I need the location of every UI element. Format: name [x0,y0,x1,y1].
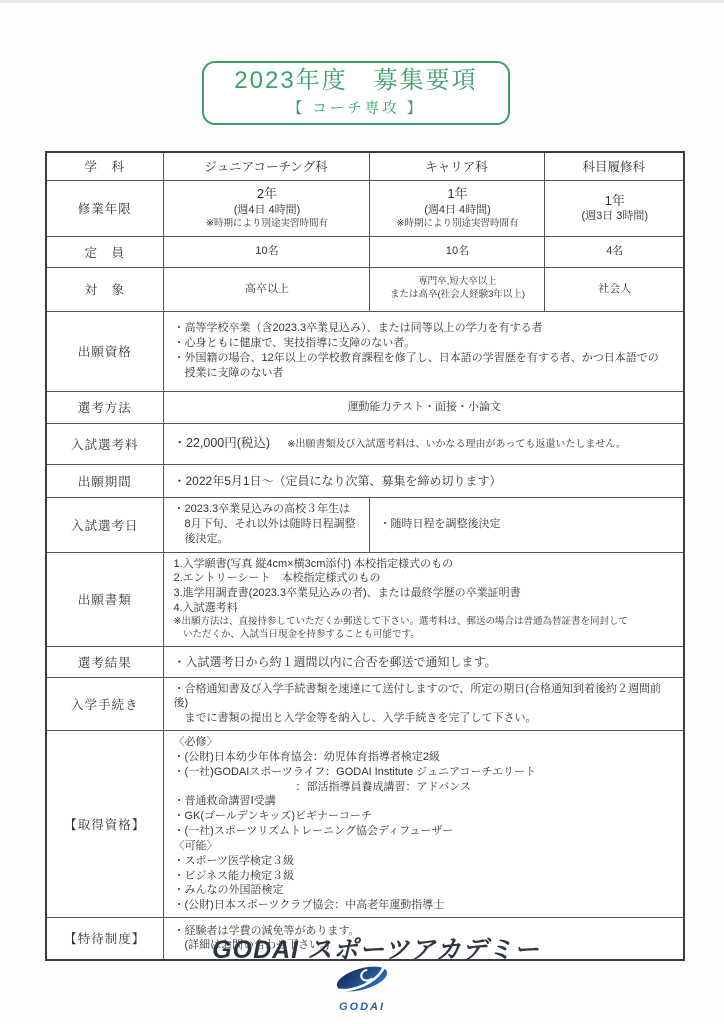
row-label-capacity: 定 員 [46,236,163,267]
row-label-target: 対 象 [46,267,163,311]
fee-amount: ・22,000円(税込) [174,436,271,450]
brand-wordmark: GODAI スポーツアカデミー [14,930,724,966]
period-cell: ・2022年5月1日～（定員になり次第、募集を締め切ります） [163,464,684,497]
row-department: 学 科 ジュニアコーチング科 キャリア科 科目履修科 [46,152,684,180]
row-label-fee: 入試選考料 [46,423,163,464]
row-period: 出願期間 ・2022年5月1日～（定員になり次第、募集を締め切ります） [46,464,684,497]
page-title: 2023年度 募集要項 [234,68,477,94]
row-target: 対 象 高卒以上 専門卒,短大卒以上 または高卒(社会人経験3年以上) 社会人 [46,267,684,311]
row-label-eligibility: 出願資格 [46,311,163,391]
row-qualifications: 【取得資格】 〈必修〉 ・(公財)日本幼少年体育協会：幼児体育指導者検定2級 ・… [46,731,684,918]
row-label-department: 学 科 [46,152,163,180]
duration-junior-cell: 2年 (週4日 4時間) ※時期により別途実習時間有 [163,180,369,236]
scan-edge-artifact [0,0,724,3]
duration-career-cell: 1年 (週4日 4時間) ※時期により別途実習時間有 [369,180,544,236]
target-junior-cell: 高卒以上 [163,267,369,311]
capacity-subject-cell: 4名 [544,236,684,267]
godai-logo-text: GODAI [339,1001,385,1013]
capacity-junior-cell: 10名 [163,236,369,267]
documents-note: ※出願方法は、直接持参していただくか郵送して下さい。選考料は、郵送の場合は普通為… [174,616,676,629]
target-career-cell: 専門卒,短大卒以上 または高卒(社会人経験3年以上) [369,267,544,311]
row-eligibility: 出願資格 ・高等学校卒業（含2023.3卒業見込み）、または同等以上の学力を有す… [46,311,684,391]
method-cell: 運動能力テスト・面接・小論文 [163,391,684,423]
row-label-exam-date: 入試選考日 [46,497,163,552]
col-header-subject-course: 科目履修科 [544,152,684,180]
row-procedure: 入学手続き ・合格通知書及び入学手続書類を速達にて送付しますので、所定の期日(合… [46,677,684,731]
row-fee: 入試選考料 ・22,000円(税込) ※出願書類及び入試選考料は、いかなる理由が… [46,423,684,464]
row-result: 選考結果 ・入試選考日から約１週間以内に合否を郵送で通知します。 [46,646,684,677]
row-method: 選考方法 運動能力テスト・面接・小論文 [46,391,684,423]
row-label-result: 選考結果 [46,646,163,677]
godai-swoosh-icon [331,962,393,1000]
target-subject-cell: 社会人 [544,267,684,311]
row-label-procedure: 入学手続き [46,677,163,731]
exam-date-junior-cell: ・2023.3卒業見込みの高校３年生は 8月下旬、それ以外は随時日程調整 後決定… [163,497,369,552]
fee-note: ※出願書類及び入試選考料は、いかなる理由があっても返還いたしません。 [287,439,626,450]
eligibility-cell: ・高等学校卒業（含2023.3卒業見込み）、または同等以上の学力を有する者 ・心… [163,311,684,391]
duration-subject-cell: 1年 (週3日 3時間) [544,180,684,236]
exam-date-other-cell: ・随時日程を調整後決定 [369,497,684,552]
procedure-cell: ・合格通知書及び入学手続書類を速達にて送付しますので、所定の期日(合格通知到着後… [163,677,684,731]
brand-logo-block: GODAI [0,962,724,1013]
row-label-method: 選考方法 [46,391,163,423]
result-cell: ・入試選考日から約１週間以内に合否を郵送で通知します。 [163,646,684,677]
document-page: 2023年度 募集要項 【 コーチ専攻 】 学 科 ジュニアコーチング科 キャリ… [0,0,724,1024]
qualifications-cell: 〈必修〉 ・(公財)日本幼少年体育協会：幼児体育指導者検定2級 ・(一社)GOD… [163,731,684,918]
documents-note: いただくか、入試当日現金を持参することも可能です。 [174,629,676,642]
row-label-duration: 修業年限 [46,180,163,236]
documents-cell: 1.入学願書(写真 縦4cm×横3cm添付) 本校指定様式のもの 2.エントリー… [163,552,684,646]
row-exam-date: 入試選考日 ・2023.3卒業見込みの高校３年生は 8月下旬、それ以外は随時日程… [46,497,684,552]
row-label-documents: 出願書類 [46,552,163,646]
row-duration: 修業年限 2年 (週4日 4時間) ※時期により別途実習時間有 1年 (週4日 … [46,180,684,236]
col-header-junior-coaching: ジュニアコーチング科 [163,152,369,180]
fee-cell: ・22,000円(税込) ※出願書類及び入試選考料は、いかなる理由があっても返還… [163,423,684,464]
title-box: 2023年度 募集要項 【 コーチ専攻 】 [202,61,510,125]
col-header-career: キャリア科 [369,152,544,180]
row-label-qualifications: 【取得資格】 [46,731,163,918]
admission-table: 学 科 ジュニアコーチング科 キャリア科 科目履修科 修業年限 2年 (週4日 … [45,151,685,961]
row-label-period: 出願期間 [46,464,163,497]
capacity-career-cell: 10名 [369,236,544,267]
page-subtitle: 【 コーチ専攻 】 [288,97,425,118]
row-capacity: 定 員 10名 10名 4名 [46,236,684,267]
row-documents: 出願書類 1.入学願書(写真 縦4cm×横3cm添付) 本校指定様式のもの 2.… [46,552,684,646]
